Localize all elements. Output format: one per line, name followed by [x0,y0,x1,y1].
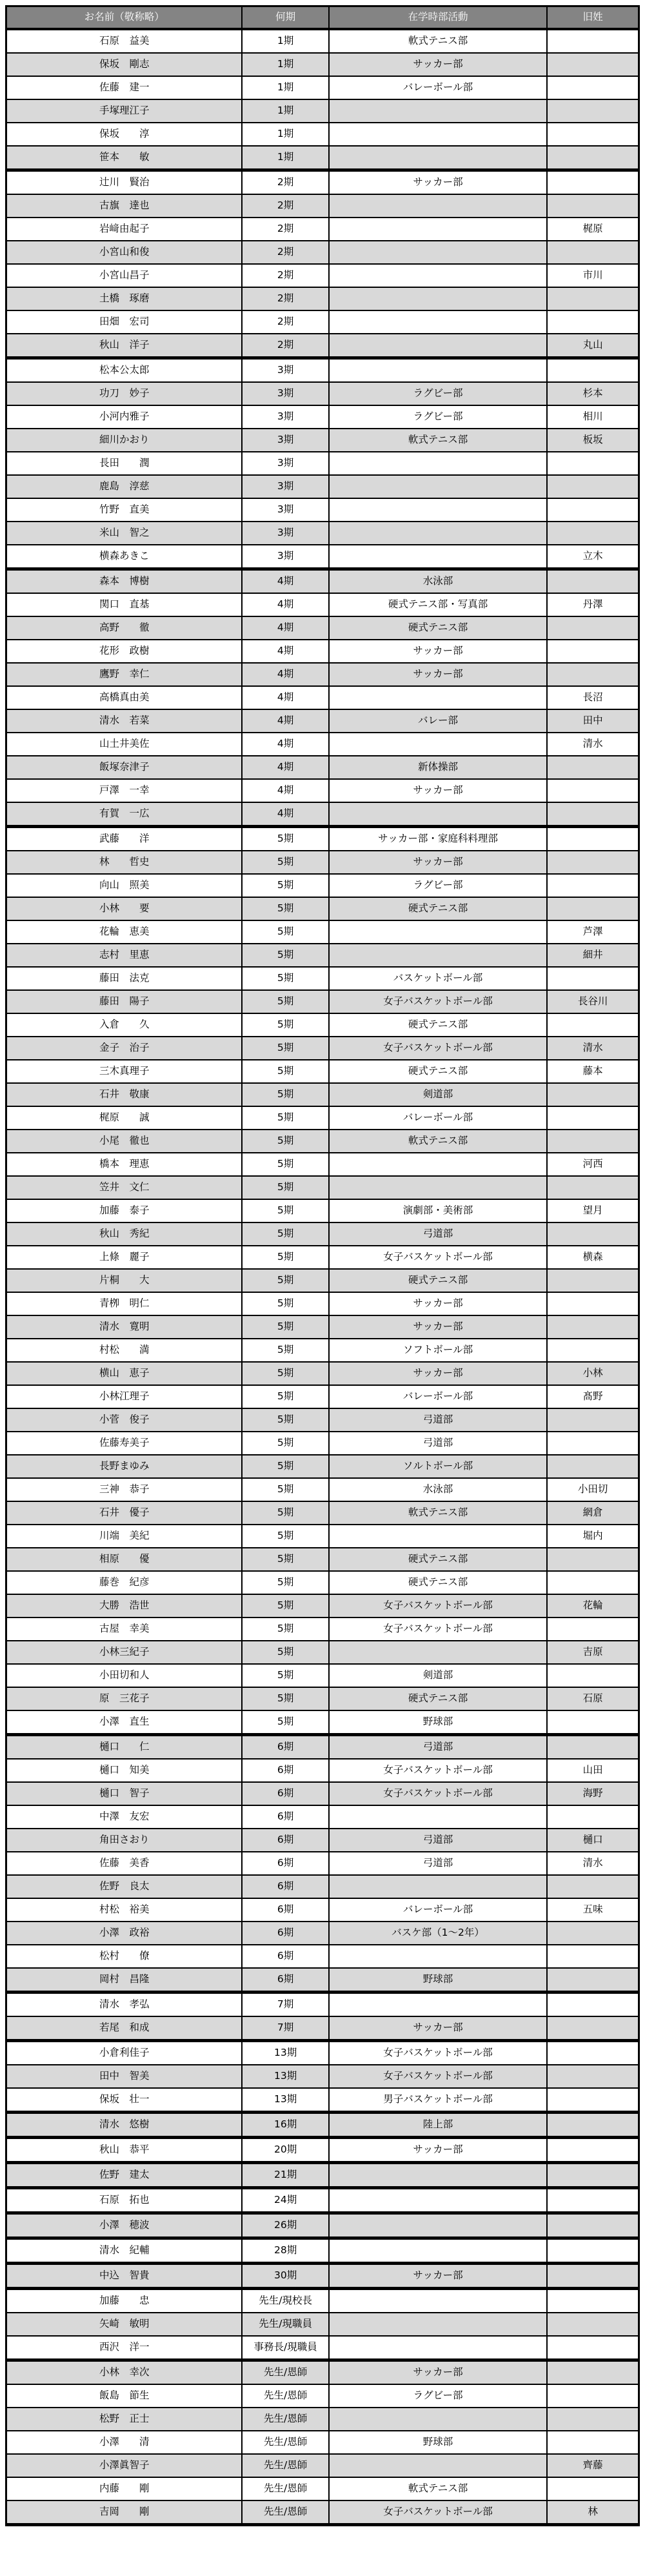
cell-maiden [547,1945,639,1968]
cell-name: 飯塚奈津子 [6,756,243,779]
cell-name: 原 三花子 [6,1687,243,1710]
table-row: 樋口 仁6期弓道部 [6,1735,639,1760]
cell-club [329,545,547,569]
cell-name: 小菅 俊子 [6,1408,243,1432]
cell-name: 上條 麗子 [6,1246,243,1269]
cell-maiden [547,2384,639,2408]
cell-maiden [547,569,639,594]
cell-club [329,1176,547,1199]
cell-period: 5期 [242,1060,328,1083]
cell-maiden [547,1618,639,1641]
cell-club: バスケ部（1～2年） [329,1922,547,1945]
cell-club [329,1993,547,2017]
table-row: 秋山 恭平20期サッカー部 [6,2138,639,2163]
cell-name: 佐野 良太 [6,1875,243,1898]
cell-name: 加藤 泰子 [6,1199,243,1222]
cell-club: 陸上部 [329,2113,547,2138]
cell-maiden [547,2289,639,2313]
cell-name: 梶原 誠 [6,1106,243,1130]
table-row: 加藤 忠先生/現校長 [6,2289,639,2313]
cell-maiden [547,452,639,475]
cell-period: 1期 [242,146,328,170]
table-row: 中澤 友宏6期 [6,1805,639,1829]
cell-club: ラグビー部 [329,2384,547,2408]
cell-period: 5期 [242,920,328,944]
cell-name: 辻川 賢治 [6,170,243,195]
table-row: 武藤 洋5期サッカー部・家庭科料理部 [6,827,639,851]
cell-period: 13期 [242,2088,328,2113]
cell-period: 4期 [242,593,328,616]
cell-club [329,1641,547,1664]
cell-maiden [547,1222,639,1246]
cell-club: 弓道部 [329,1222,547,1246]
cell-name: 長田 潤 [6,452,243,475]
cell-period: 5期 [242,1687,328,1710]
cell-name: 小林 要 [6,897,243,920]
cell-club: 硬式テニス部 [329,616,547,640]
cell-name: 岩﨑由起子 [6,218,243,241]
page: { "page": { "background": "#ffffff", "wi… [0,0,645,2576]
cell-maiden [547,1664,639,1687]
cell-period: 3期 [242,452,328,475]
cell-club: バスケットボール部 [329,967,547,990]
cell-period: 2期 [242,194,328,218]
cell-period: 3期 [242,429,328,452]
cell-name: 長野まゆみ [6,1455,243,1478]
table-row: 戸澤 一幸4期サッカー部 [6,779,639,802]
cell-name: 清水 孝弘 [6,1993,243,2017]
cell-period: 5期 [242,1130,328,1153]
cell-maiden [547,1408,639,1432]
cell-maiden: 石原 [547,1687,639,1710]
cell-name: 松本公太郎 [6,358,243,383]
cell-period: 5期 [242,1548,328,1571]
table-row: 三木真理子5期硬式テニス部藤本 [6,1060,639,1083]
cell-period: 7期 [242,2016,328,2041]
table-row: 小田切和人5期剣道部 [6,1664,639,1687]
cell-maiden [547,1013,639,1037]
table-row: 手塚理江子1期 [6,99,639,123]
table-row: 若尾 和成7期サッカー部 [6,2016,639,2041]
table-row: 清水 孝弘7期 [6,1993,639,2017]
cell-name: 林 哲史 [6,851,243,874]
cell-name: 青栁 明仁 [6,1292,243,1315]
cell-club [329,2213,547,2238]
cell-period: 6期 [242,1968,328,1993]
cell-club: 軟式テニス部 [329,29,547,53]
cell-maiden: 海野 [547,1782,639,1805]
cell-club [329,358,547,383]
cell-maiden [547,29,639,53]
cell-name: 清水 若菜 [6,709,243,733]
cell-period: 5期 [242,1037,328,1060]
cell-maiden [547,1106,639,1130]
table-row: 有賀 一広4期 [6,802,639,827]
cell-name: 秋山 恭平 [6,2138,243,2163]
table-row: 清水 紀輔28期 [6,2238,639,2264]
cell-period: 6期 [242,1782,328,1805]
cell-maiden [547,1805,639,1829]
cell-club: 水泳部 [329,1478,547,1501]
table-row: 高野 徹4期硬式テニス部 [6,616,639,640]
cell-club [329,2188,547,2213]
table-row: 角田さおり6期弓道部樋口 [6,1829,639,1852]
alumni-table-container: お名前（敬称略） 何期 在学時部活動 旧姓 石原 益美1期軟式テニス部保坂 剛志… [5,5,640,2526]
cell-club: 軟式テニス部 [329,2477,547,2500]
cell-maiden [547,663,639,686]
cell-maiden [547,2408,639,2431]
table-row: 小澤 直生5期野球部 [6,1710,639,1735]
table-row: 田畑 宏司2期 [6,310,639,334]
col-header-period: 何期 [242,6,328,30]
cell-period: 16期 [242,2113,328,2138]
cell-maiden [547,287,639,310]
cell-period: 3期 [242,405,328,429]
cell-name: 戸澤 一幸 [6,779,243,802]
cell-maiden [547,498,639,522]
cell-maiden: 細井 [547,944,639,967]
cell-maiden [547,2041,639,2065]
cell-period: 2期 [242,310,328,334]
cell-name: 保坂 淳 [6,123,243,146]
cell-period: 3期 [242,475,328,498]
table-row: 三神 恭子5期水泳部小田切 [6,1478,639,1501]
cell-name: 田畑 宏司 [6,310,243,334]
cell-name: 樋口 知美 [6,1759,243,1782]
table-row: 向山 照美5期ラグビー部 [6,874,639,897]
cell-name: 中込 智貴 [6,2264,243,2289]
cell-name: 小宮山昌子 [6,264,243,287]
cell-period: 5期 [242,1710,328,1735]
table-row: 小林三紀子5期吉原 [6,1641,639,1664]
cell-club [329,2238,547,2264]
cell-club: 女子バスケットボール部 [329,1782,547,1805]
cell-club: サッカー部 [329,663,547,686]
cell-period: 先生/恩師 [242,2477,328,2500]
cell-maiden: 藤本 [547,1060,639,1083]
table-row: 秋山 秀紀5期弓道部 [6,1222,639,1246]
cell-period: 1期 [242,76,328,99]
cell-club [329,2454,547,2477]
table-row: 高橋真由美4期長沼 [6,686,639,709]
cell-period: 先生/恩師 [242,2500,328,2525]
cell-period: 2期 [242,218,328,241]
cell-name: 中澤 友宏 [6,1805,243,1829]
table-row: 青栁 明仁5期サッカー部 [6,1292,639,1315]
cell-club: サッカー部 [329,1362,547,1385]
cell-maiden [547,241,639,264]
cell-name: 清水 紀輔 [6,2238,243,2264]
table-header: お名前（敬称略） 何期 在学時部活動 旧姓 [6,6,639,30]
cell-period: 5期 [242,1339,328,1362]
cell-maiden: 立木 [547,545,639,569]
cell-maiden [547,2138,639,2163]
cell-period: 5期 [242,1153,328,1176]
cell-club: ラグビー部 [329,405,547,429]
table-row: 藤田 陽子5期女子バスケットボール部長谷川 [6,990,639,1013]
cell-club [329,802,547,827]
cell-name: 細川かおり [6,429,243,452]
cell-period: 5期 [242,1199,328,1222]
cell-club: 水泳部 [329,569,547,594]
cell-name: 金子 治子 [6,1037,243,1060]
cell-club [329,99,547,123]
table-row: 米山 智之3期 [6,522,639,545]
table-row: 梶原 誠5期バレーボール部 [6,1106,639,1130]
cell-name: 佐藤寿美子 [6,1432,243,1455]
cell-club: 軟式テニス部 [329,1501,547,1525]
table-row: 金子 治子5期女子バスケットボール部清水 [6,1037,639,1060]
table-row: 岡村 昌隆6期野球部 [6,1968,639,1993]
cell-club [329,310,547,334]
cell-period: 3期 [242,358,328,383]
cell-maiden: 林 [547,2500,639,2525]
cell-maiden [547,2016,639,2041]
cell-name: 小河内雅子 [6,405,243,429]
table-row: 中込 智貴30期サッカー部 [6,2264,639,2289]
cell-name: 飯島 節生 [6,2384,243,2408]
table-row: 藤田 法克5期バスケットボール部 [6,967,639,990]
table-row: 飯塚奈津子4期新体操部 [6,756,639,779]
cell-period: 20期 [242,2138,328,2163]
table-row: 山土井美佐4期清水 [6,733,639,756]
cell-period: 6期 [242,1759,328,1782]
cell-name: 花形 政樹 [6,640,243,663]
table-row: 石井 敬康5期剣道部 [6,1083,639,1106]
cell-club: ラグビー部 [329,874,547,897]
cell-club: 野球部 [329,2431,547,2454]
cell-name: 秋山 秀紀 [6,1222,243,1246]
table-row: 村松 裕美6期バレーボール部五味 [6,1898,639,1922]
cell-name: 保坂 壮一 [6,2088,243,2113]
cell-club [329,1153,547,1176]
cell-period: 6期 [242,1852,328,1875]
cell-name: 小澤 清 [6,2431,243,2454]
cell-club: 弓道部 [329,1852,547,1875]
cell-name: 加藤 忠 [6,2289,243,2313]
cell-maiden [547,2477,639,2500]
table-row: 古屋 幸美5期女子バスケットボール部 [6,1618,639,1641]
cell-club: 硬式テニス部 [329,1060,547,1083]
cell-name: 三木真理子 [6,1060,243,1083]
cell-maiden [547,1269,639,1292]
cell-maiden: 杉本 [547,382,639,405]
table-row: 岩﨑由起子2期梶原 [6,218,639,241]
cell-name: 小尾 徹也 [6,1130,243,1153]
cell-name: 藤巻 紀彦 [6,1571,243,1594]
cell-period: 5期 [242,1106,328,1130]
cell-club: 新体操部 [329,756,547,779]
cell-period: 7期 [242,1993,328,2017]
cell-name: 高橋真由美 [6,686,243,709]
table-row: 小林江理子5期バレーボール部髙野 [6,1385,639,1408]
cell-period: 5期 [242,1222,328,1246]
table-row: 小宮山和俊2期 [6,241,639,264]
cell-name: 橋本 理恵 [6,1153,243,1176]
cell-club: 硬式テニス部 [329,1013,547,1037]
cell-maiden: 河西 [547,1153,639,1176]
cell-maiden [547,616,639,640]
table-row: 小澤 政裕6期バスケ部（1～2年） [6,1922,639,1945]
col-header-name: お名前（敬称略） [6,6,243,30]
cell-maiden: 望月 [547,1199,639,1222]
cell-club [329,146,547,170]
cell-club [329,920,547,944]
cell-club: 剣道部 [329,1083,547,1106]
cell-period: 4期 [242,686,328,709]
cell-period: 1期 [242,53,328,76]
cell-maiden: 髙野 [547,1385,639,1408]
cell-period: 5期 [242,851,328,874]
cell-name: 有賀 一広 [6,802,243,827]
cell-maiden [547,76,639,99]
table-row: 辻川 賢治2期サッカー部 [6,170,639,195]
cell-maiden [547,2238,639,2264]
cell-period: 6期 [242,1945,328,1968]
cell-period: 1期 [242,29,328,53]
cell-period: 4期 [242,616,328,640]
cell-period: 先生/恩師 [242,2384,328,2408]
table-row: 花形 政樹4期サッカー部 [6,640,639,663]
cell-maiden [547,53,639,76]
table-row: 橋本 理恵5期河西 [6,1153,639,1176]
cell-name: 入倉 久 [6,1013,243,1037]
cell-period: 1期 [242,99,328,123]
cell-maiden: 芦澤 [547,920,639,944]
cell-maiden [547,1455,639,1478]
cell-period: 3期 [242,382,328,405]
cell-maiden: 丸山 [547,334,639,358]
table-row: 林 哲史5期サッカー部 [6,851,639,874]
cell-maiden [547,1083,639,1106]
cell-name: 横山 恵子 [6,1362,243,1385]
table-row: 内藤 剛先生/恩師軟式テニス部 [6,2477,639,2500]
cell-period: 6期 [242,1898,328,1922]
cell-name: 相原 優 [6,1548,243,1571]
cell-name: 土橋 琢磨 [6,287,243,310]
cell-period: 4期 [242,569,328,594]
cell-maiden [547,851,639,874]
cell-club [329,498,547,522]
cell-maiden [547,967,639,990]
cell-period: 4期 [242,733,328,756]
cell-name: 石井 敬康 [6,1083,243,1106]
cell-period: 5期 [242,1455,328,1478]
cell-name: 竹野 直美 [6,498,243,522]
cell-club [329,334,547,358]
cell-period: 5期 [242,1525,328,1548]
cell-maiden [547,1993,639,2017]
cell-maiden [547,1875,639,1898]
cell-name: 松村 僚 [6,1945,243,1968]
cell-period: 30期 [242,2264,328,2289]
cell-maiden [547,522,639,545]
cell-club [329,733,547,756]
cell-period: 1期 [242,123,328,146]
table-row: 長野まゆみ5期ソルトボール部 [6,1455,639,1478]
table-row: 佐野 建太21期 [6,2163,639,2188]
cell-maiden [547,2113,639,2138]
cell-maiden: 清水 [547,1037,639,1060]
cell-club [329,264,547,287]
cell-name: 小倉利佳子 [6,2041,243,2065]
table-row: 笠井 文仁5期 [6,1176,639,1199]
cell-period: 5期 [242,827,328,851]
table-row: 西沢 洋一事務長/現職員 [6,2336,639,2360]
cell-club: ラグビー部 [329,382,547,405]
cell-club: サッカー部 [329,2360,547,2385]
cell-maiden [547,1968,639,1993]
table-row: 飯島 節生先生/恩師ラグビー部 [6,2384,639,2408]
cell-period: 4期 [242,640,328,663]
cell-name: 小林江理子 [6,1385,243,1408]
cell-maiden [547,123,639,146]
cell-name: 関口 直基 [6,593,243,616]
table-row: 小林 要5期硬式テニス部 [6,897,639,920]
cell-period: 先生/恩師 [242,2454,328,2477]
cell-name: 佐藤 美香 [6,1852,243,1875]
cell-period: 先生/恩師 [242,2408,328,2431]
cell-name: 高野 徹 [6,616,243,640]
cell-name: 矢崎 敏明 [6,2313,243,2336]
cell-period: 事務長/現職員 [242,2336,328,2360]
cell-club: バレーボール部 [329,1385,547,1408]
cell-maiden [547,779,639,802]
cell-maiden [547,310,639,334]
cell-name: 松野 正士 [6,2408,243,2431]
cell-name: 森本 博樹 [6,569,243,594]
cell-name: 向山 照美 [6,874,243,897]
cell-club: サッカー部・家庭科料理部 [329,827,547,851]
cell-maiden: 小林 [547,1362,639,1385]
cell-period: 3期 [242,498,328,522]
table-row: 吉岡 剛先生/恩師女子バスケットボール部林 [6,2500,639,2525]
cell-club: 弓道部 [329,1829,547,1852]
cell-club: 軟式テニス部 [329,1130,547,1153]
cell-period: 5期 [242,1246,328,1269]
cell-maiden [547,2313,639,2336]
cell-name: 秋山 洋子 [6,334,243,358]
table-row: 清水 悠樹16期陸上部 [6,2113,639,2138]
cell-name: 佐野 建太 [6,2163,243,2188]
cell-club: サッカー部 [329,640,547,663]
cell-club: 硬式テニス部・写真部 [329,593,547,616]
cell-maiden [547,756,639,779]
table-row: 樋口 智子6期女子バスケットボール部海野 [6,1782,639,1805]
cell-maiden [547,2431,639,2454]
cell-name: 保坂 剛志 [6,53,243,76]
cell-period: 5期 [242,1385,328,1408]
cell-club: サッカー部 [329,2138,547,2163]
cell-name: 武藤 洋 [6,827,243,851]
cell-period: 5期 [242,1594,328,1618]
cell-period: 24期 [242,2188,328,2213]
cell-maiden [547,2264,639,2289]
cell-club: 硬式テニス部 [329,1269,547,1292]
cell-club: 硬式テニス部 [329,1687,547,1710]
cell-name: 手塚理江子 [6,99,243,123]
cell-name: 小澤 穂波 [6,2213,243,2238]
table-row: 小澤 穂波26期 [6,2213,639,2238]
cell-name: 小林三紀子 [6,1641,243,1664]
cell-club [329,475,547,498]
cell-club [329,1945,547,1968]
cell-name: 小林 幸次 [6,2360,243,2385]
cell-club [329,522,547,545]
cell-name: 横森あきこ [6,545,243,569]
cell-maiden [547,2163,639,2188]
cell-period: 3期 [242,522,328,545]
